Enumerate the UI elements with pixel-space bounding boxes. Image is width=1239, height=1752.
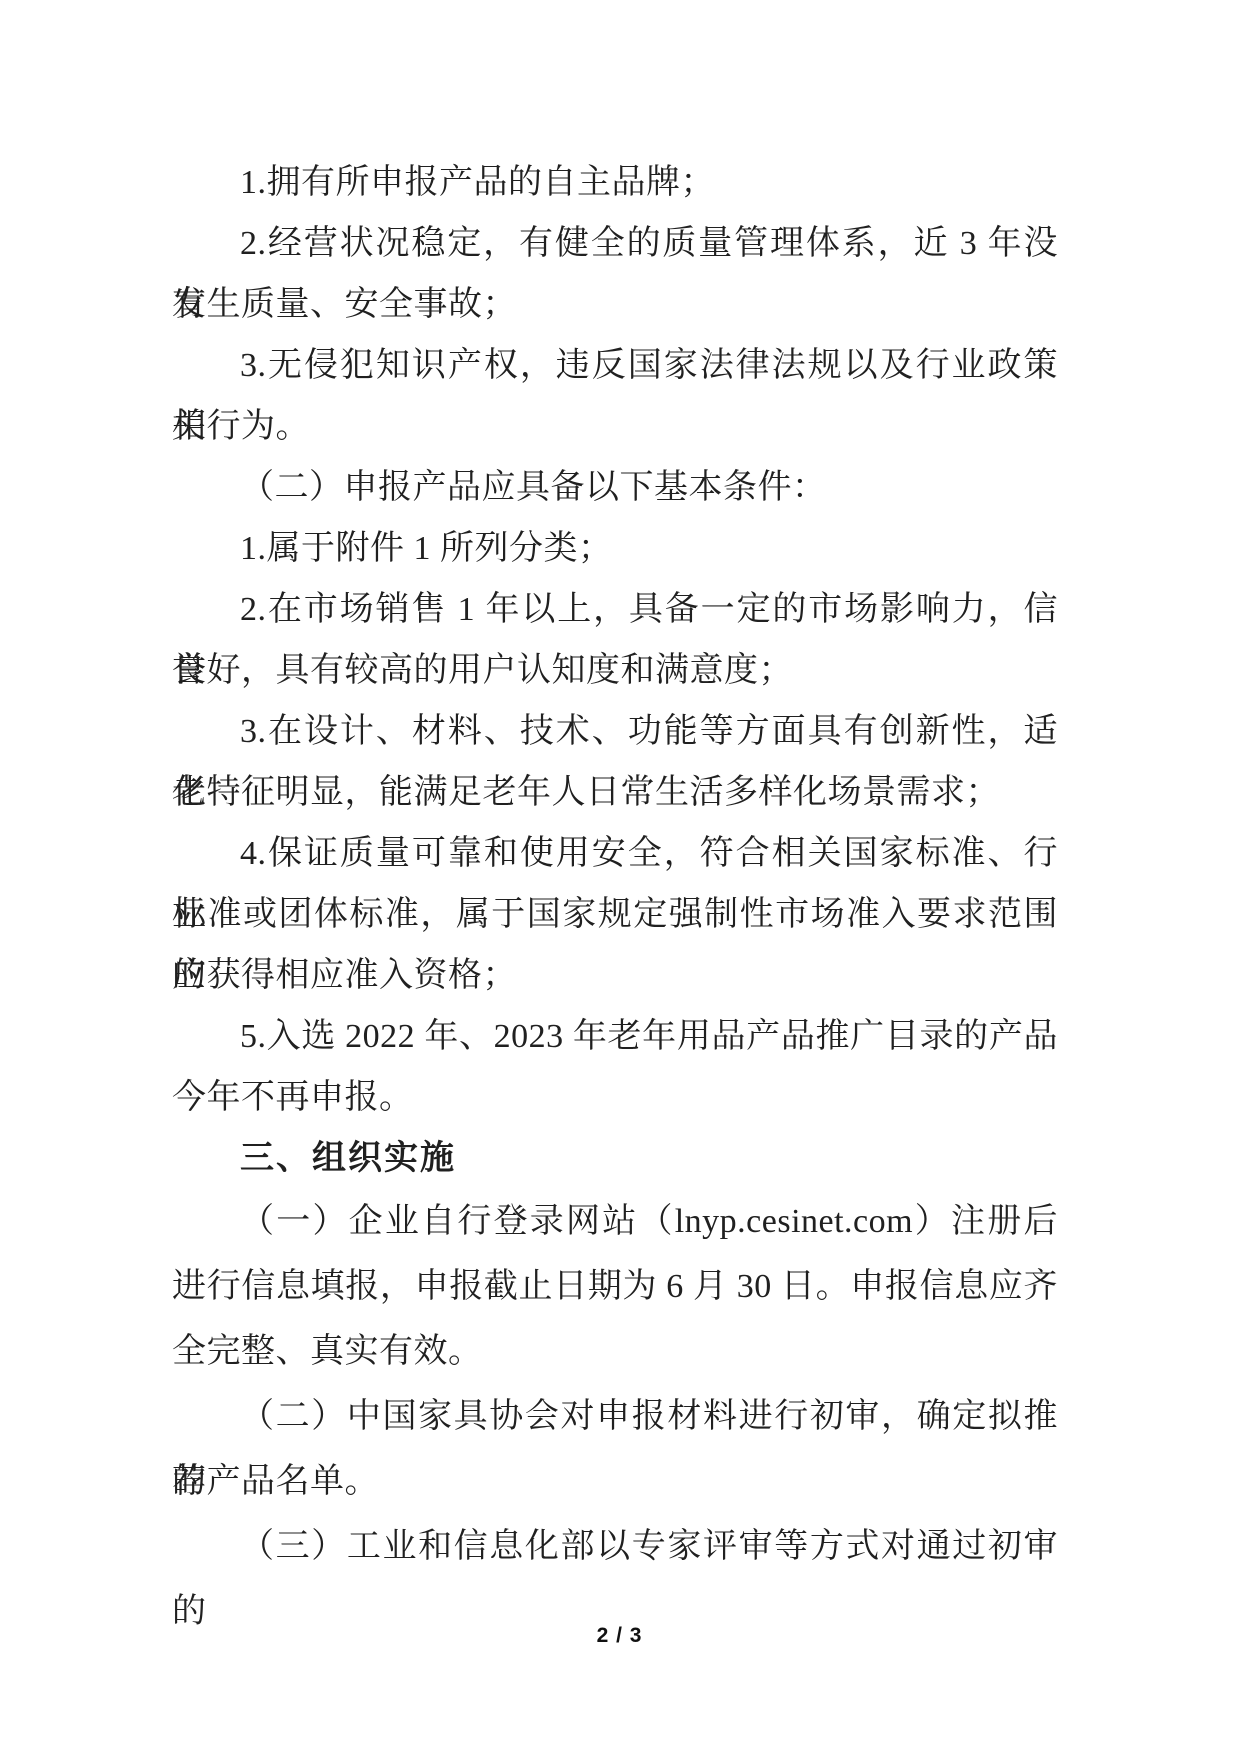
text-line: 3.在设计、材料、技术、功能等方面具有创新性，适老 — [172, 701, 1058, 762]
text-line: 1.属于附件 1 所列分类； — [172, 518, 1058, 579]
text-line: （二）申报产品应具备以下基本条件： — [172, 457, 1058, 518]
document-page: { "page": { "lines": [ { "text": "1.拥有所申… — [0, 0, 1239, 1752]
text-line: （三）工业和信息化部以专家评审等方式对通过初审的 — [172, 1514, 1058, 1579]
text-line: 2.经营状况稳定，有健全的质量管理体系，近 3 年没有 — [172, 213, 1058, 274]
text-line: 4.保证质量可靠和使用安全，符合相关国家标准、行业 — [172, 823, 1058, 884]
document-body: 1.拥有所申报产品的自主品牌； 2.经营状况稳定，有健全的质量管理体系，近 3 … — [172, 152, 1058, 1579]
text-line: 化特征明显，能满足老年人日常生活多样化场景需求； — [172, 762, 1058, 823]
section-heading: 三、组织实施 — [172, 1128, 1058, 1189]
text-line: 应获得相应准入资格； — [172, 945, 1058, 1006]
text-line: （二）中国家具协会对申报材料进行初审，确定拟推荐 — [172, 1384, 1058, 1449]
text-line: 的产品名单。 — [172, 1449, 1058, 1514]
section-conditions: 1.拥有所申报产品的自主品牌； 2.经营状况稳定，有健全的质量管理体系，近 3 … — [172, 152, 1058, 1189]
text-line: （一）企业自行登录网站（lnyp.cesinet.com）注册后 — [172, 1189, 1058, 1254]
text-line: 关行为。 — [172, 396, 1058, 457]
text-line: 2.在市场销售 1 年以上，具备一定的市场影响力，信誉 — [172, 579, 1058, 640]
text-line: 1.拥有所申报产品的自主品牌； — [172, 152, 1058, 213]
text-line: 良好，具有较高的用户认知度和满意度； — [172, 640, 1058, 701]
text-line: 5.入选 2022 年、2023 年老年用品产品推广目录的产品 — [172, 1006, 1058, 1067]
page-background: 1.拥有所申报产品的自主品牌； 2.经营状况稳定，有健全的质量管理体系，近 3 … — [0, 0, 1239, 1752]
text-line: 标准或团体标准，属于国家规定强制性市场准入要求范围的 — [172, 884, 1058, 945]
text-line: 进行信息填报，申报截止日期为 6 月 30 日。申报信息应齐 — [172, 1254, 1058, 1319]
section-implementation: （一）企业自行登录网站（lnyp.cesinet.com）注册后 进行信息填报，… — [172, 1189, 1058, 1579]
text-line: 发生质量、安全事故； — [172, 274, 1058, 335]
text-line: 3.无侵犯知识产权，违反国家法律法规以及行业政策相 — [172, 335, 1058, 396]
page-number: 2 / 3 — [0, 1624, 1239, 1648]
text-line: 今年不再申报。 — [172, 1067, 1058, 1128]
text-line: 全完整、真实有效。 — [172, 1319, 1058, 1384]
